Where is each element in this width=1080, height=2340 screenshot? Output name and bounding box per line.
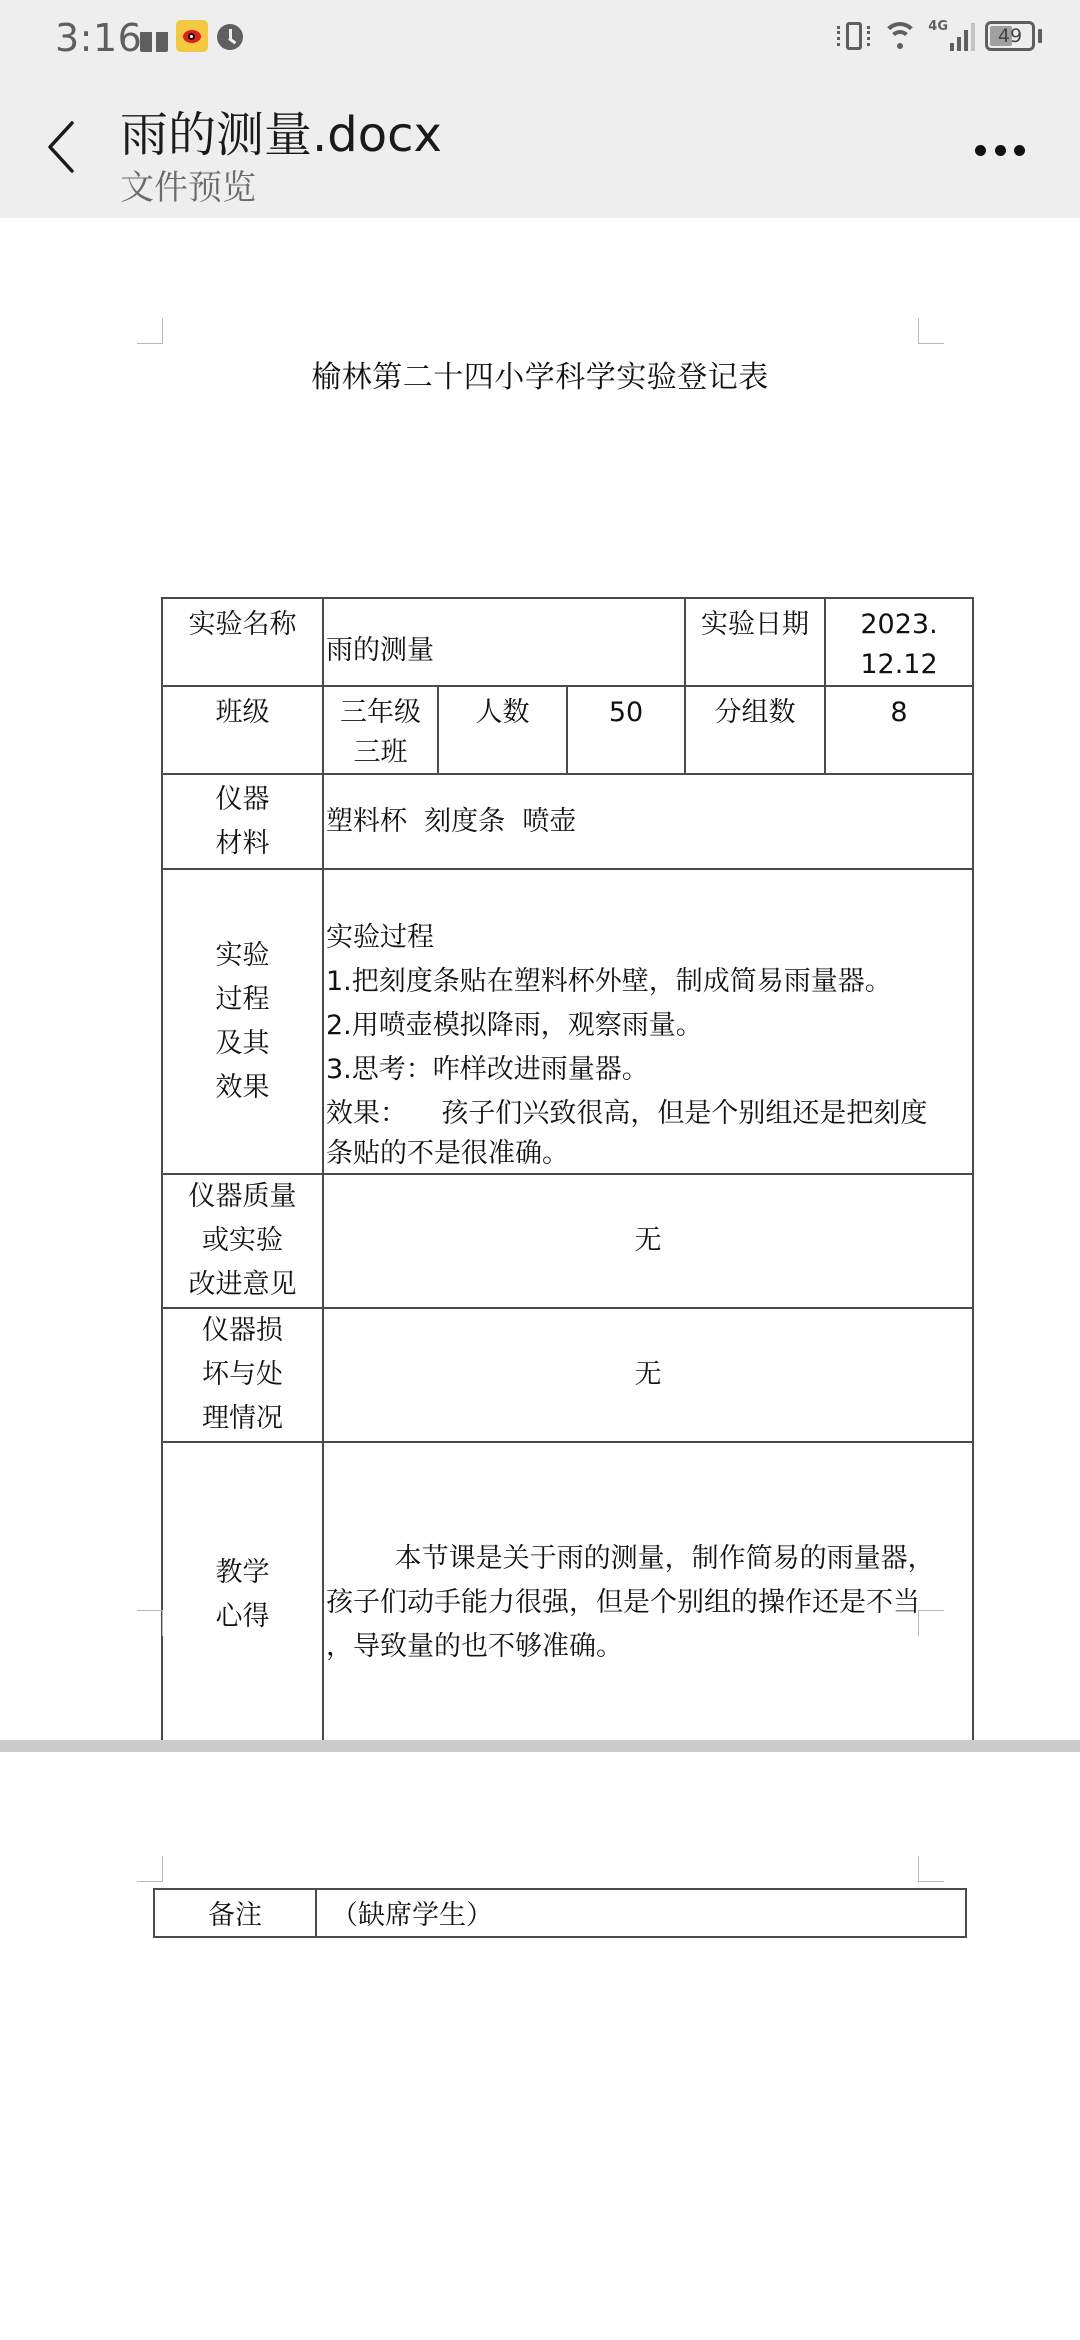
reflection-label: 教学 心得 — [162, 1442, 323, 1740]
status-notification-icons — [138, 20, 246, 52]
document-title: 雨的测量.docx — [120, 96, 442, 165]
table-row-damage: 仪器损 坏与处 理情况 无 — [162, 1308, 973, 1442]
network-type-label: 4G — [928, 19, 948, 34]
materials-value: 塑料杯 刻度条 喷壶 — [323, 774, 973, 869]
gift-icon — [138, 20, 170, 52]
page-corner-mark — [137, 1856, 163, 1882]
table-row-process: 实验 过程 及其 效果 实验过程 1.把刻度条贴在塑料杯外壁，制成简易雨量器。 … — [162, 869, 973, 1174]
battery-icon: 49 — [985, 21, 1042, 51]
alarm-icon — [214, 20, 246, 52]
page-separator — [0, 1740, 1080, 1752]
damage-value: 无 — [323, 1308, 973, 1442]
class-label: 班级 — [162, 686, 323, 774]
table-row-class: 班级 三年级 三班 人数 50 分组数 8 — [162, 686, 973, 774]
headcount-value: 50 — [567, 686, 685, 774]
wifi-icon — [882, 20, 918, 52]
improvement-label: 仪器质量 或实验 改进意见 — [162, 1174, 323, 1308]
experiment-name-value: 雨的测量 — [323, 598, 685, 686]
improvement-value: 无 — [323, 1174, 973, 1308]
chevron-left-icon — [44, 119, 78, 175]
group-count-label: 分组数 — [685, 686, 825, 774]
experiment-name-label: 实验名称 — [162, 598, 323, 686]
status-system-icons: 4G 49 — [836, 20, 1042, 52]
status-time: 3:16 — [55, 16, 142, 60]
table-row-reflection: 教学 心得 本节课是关于雨的测量，制作简易的雨量器， 孩子们动手能力很强，但是个… — [162, 1442, 973, 1740]
document-subtitle: 文件预览 — [120, 160, 256, 209]
process-label: 实验 过程 及其 效果 — [162, 869, 323, 1174]
table-row-improvement: 仪器质量 或实验 改进意见 无 — [162, 1174, 973, 1308]
reflection-content: 本节课是关于雨的测量，制作简易的雨量器， 孩子们动手能力很强，但是个别组的操作还… — [323, 1442, 973, 1740]
page-corner-mark — [918, 1610, 944, 1636]
page-corner-mark — [137, 1610, 163, 1636]
weibo-icon — [176, 20, 208, 52]
page-1-viewport: 实验名称 雨的测量 实验日期 2023. 12.12 班级 三年级 三班 人数 … — [0, 218, 1080, 1740]
process-content: 实验过程 1.把刻度条贴在塑料杯外壁，制成简易雨量器。 2.用喷壶模拟降雨，观察… — [323, 869, 973, 1174]
battery-level: 49 — [998, 25, 1022, 47]
vibrate-icon — [836, 20, 872, 52]
table-row-experiment-name: 实验名称 雨的测量 实验日期 2023. 12.12 — [162, 598, 973, 686]
remark-table: 备注 （缺席学生） — [153, 1888, 967, 1938]
materials-label: 仪器 材料 — [162, 774, 323, 869]
experiment-record-table: 实验名称 雨的测量 实验日期 2023. 12.12 班级 三年级 三班 人数 … — [161, 597, 974, 1740]
experiment-date-label: 实验日期 — [685, 598, 825, 686]
page-corner-mark — [918, 1856, 944, 1882]
more-horizontal-icon — [975, 145, 986, 156]
table-row-remark: 备注 （缺席学生） — [154, 1889, 966, 1937]
group-count-value: 8 — [825, 686, 973, 774]
back-button[interactable] — [36, 112, 86, 182]
table-row-materials: 仪器 材料 塑料杯 刻度条 喷壶 — [162, 774, 973, 869]
experiment-date-value: 2023. 12.12 — [825, 598, 973, 686]
class-value: 三年级 三班 — [323, 686, 438, 774]
app-header: 3:16 4G 49 雨的测量.docx 文件预览 — [0, 0, 1080, 218]
remark-label: 备注 — [154, 1889, 316, 1937]
headcount-label: 人数 — [438, 686, 567, 774]
more-options-button[interactable] — [970, 130, 1030, 170]
remark-value: （缺席学生） — [316, 1889, 966, 1937]
cellular-signal-icon — [950, 21, 975, 51]
damage-label: 仪器损 坏与处 理情况 — [162, 1308, 323, 1442]
